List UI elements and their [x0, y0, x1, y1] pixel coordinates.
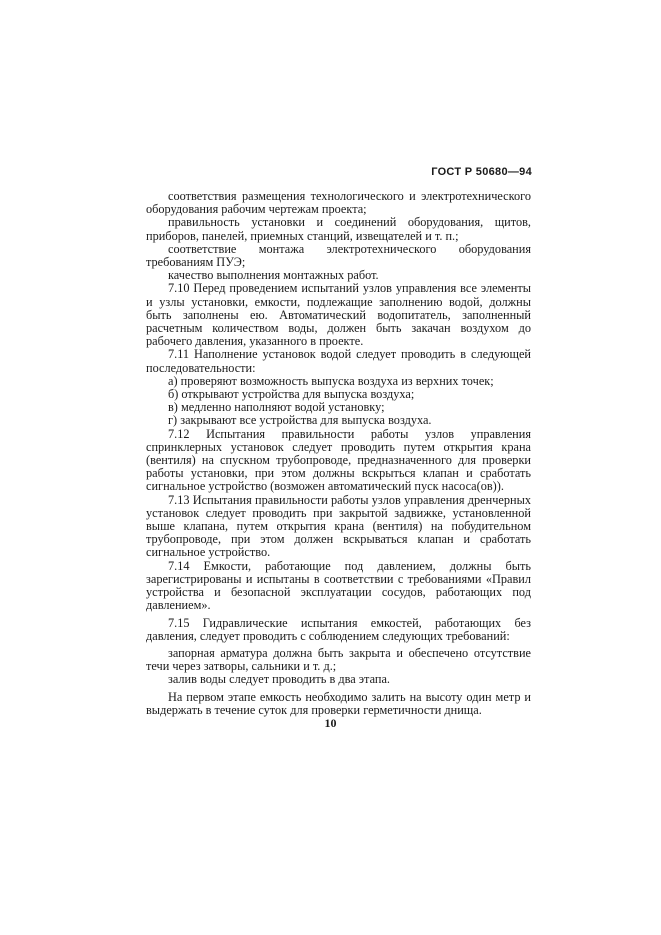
paragraph-water-fill-stages: залив воды следует проводить в два этапа…	[146, 673, 531, 686]
paragraph-installation-correctness: правильность установки и соединений обор…	[146, 216, 531, 242]
paragraph-shutoff-valves: запорная арматура должна быть закрыта и …	[146, 647, 531, 673]
list-item-g: г) закрывают все устройства для выпуска …	[146, 414, 531, 427]
clause-7-11: 7.11 Наполнение установок водой следует …	[146, 348, 531, 374]
paragraph-conformity-placement: соответствия размещения технологического…	[146, 190, 531, 216]
clause-7-14: 7.14 Емкости, работающие под давлением, …	[146, 560, 531, 613]
standard-code-header: ГОСТ Р 50680—94	[0, 166, 532, 178]
clause-7-12: 7.12 Испытания правильности работы узлов…	[146, 428, 531, 494]
clause-7-13: 7.13 Испытания правильности работы узлов…	[146, 494, 531, 560]
document-body: соответствия размещения технологического…	[146, 190, 531, 717]
page-number: 10	[0, 716, 661, 731]
paragraph-pue-compliance: соответствие монтажа электротехнического…	[146, 243, 531, 269]
clause-7-15: 7.15 Гидравлические испытания емкостей, …	[146, 617, 531, 643]
clause-7-10: 7.10 Перед проведением испытаний узлов у…	[146, 282, 531, 348]
paragraph-first-stage: На первом этапе емкость необходимо залит…	[146, 691, 531, 717]
